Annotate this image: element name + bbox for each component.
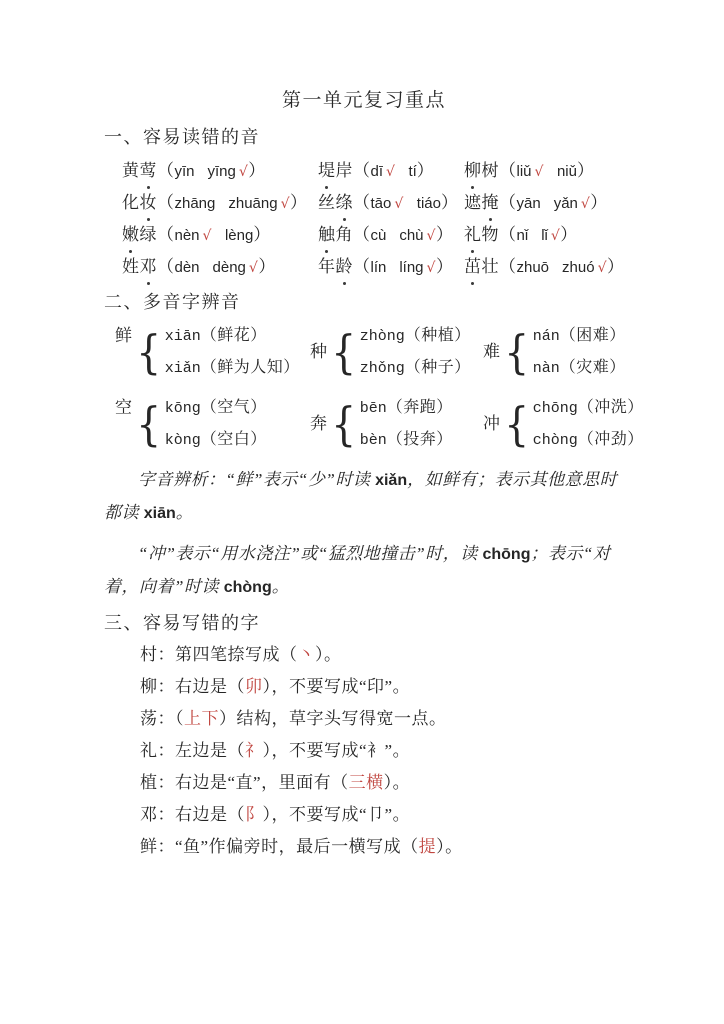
polyphone-readings: bēn（奔跑）bèn（投奔） — [360, 392, 453, 456]
note-pinyin: chōng — [482, 546, 530, 563]
brace-icon: { — [136, 329, 161, 375]
word-post: 绿 — [140, 225, 158, 244]
pinyin-option: dèng√ — [213, 257, 259, 276]
check-icon: √ — [249, 260, 258, 276]
pinyin-option: dī√ — [371, 161, 396, 180]
pinyin-text: lèng — [225, 227, 253, 244]
check-icon: √ — [551, 228, 560, 244]
paren-open: （ — [157, 193, 175, 212]
word-dotted-char: 邓 — [140, 251, 158, 283]
pinyin-option: liǔ√ — [517, 161, 544, 180]
pinyin-text: zhuó — [562, 259, 595, 276]
paren-close: ） — [417, 161, 435, 180]
note-paragraph-xian: 字音辨析：“鲜”表示“少”时读 xiǎn，如鲜有；表示其他意思时都读 xiān。 — [104, 464, 624, 530]
item-highlight: 礻 — [245, 741, 263, 760]
note-pinyin: xiān — [144, 505, 176, 522]
note-paragraph-chong: “冲”表示“用水浇注”或“猛烈地撞击”时，读 chōng；表示“对着，向着”时读… — [104, 538, 624, 604]
reading-line: bēn（奔跑） — [360, 392, 453, 424]
reading-line: zhǒng（种子） — [360, 352, 471, 384]
paren-close: ） — [577, 161, 595, 180]
item-text: 邓：右边是（ — [140, 805, 245, 824]
paren-close: ） — [607, 257, 625, 276]
miswritten-item: 鲜：“鱼”作偏旁时，最后一横写成（提）。 — [140, 831, 624, 863]
word-text: 嫩绿 — [122, 225, 157, 244]
polyphone-entry: 难{nán（困难）nàn（灾难） — [483, 320, 626, 384]
paren-close: ） — [248, 161, 266, 180]
reading-pinyin: xiān — [165, 328, 201, 345]
miswritten-item: 荡：（上下）结构，草字头写得宽一点。 — [140, 703, 624, 735]
paren-open: （ — [353, 193, 371, 212]
paren-close: ） — [441, 193, 459, 212]
word-pre: 遮 — [464, 193, 482, 212]
reading-gloss: （奔跑） — [387, 399, 453, 416]
paren-close: ） — [590, 193, 608, 212]
pinyin-option: chù√ — [399, 225, 436, 244]
word-entry: 年龄（línlíng√） — [318, 251, 464, 283]
note-pinyin: xiǎn — [375, 472, 407, 489]
word-text: 礼物 — [464, 225, 499, 244]
word-dotted-char: 绦 — [336, 187, 354, 219]
item-text: ）。 — [315, 645, 342, 664]
pinyin-option: cù — [371, 225, 387, 244]
polyphone-char: 鲜 — [115, 320, 133, 352]
word-text: 触角 — [318, 225, 353, 244]
word-text: 黄莺 — [122, 161, 157, 180]
reading-gloss: （种植） — [405, 327, 471, 344]
word-entry: 遮掩（yānyǎn√） — [464, 187, 624, 219]
paren-open: （ — [157, 225, 175, 244]
pinyin-option: lǐ√ — [541, 225, 560, 244]
section-heading-miswritten-chars: 三、容易写错的字 — [104, 612, 624, 635]
item-text: 柳：右边是（ — [140, 677, 245, 696]
note-pinyin: chòng — [224, 579, 272, 596]
word-pre: 化 — [122, 193, 140, 212]
pinyin-text: nǐ — [517, 227, 529, 244]
paren-open: （ — [353, 225, 371, 244]
word-entry: 化妆（zhāngzhuāng√） — [122, 187, 318, 219]
paren-open: （ — [157, 161, 175, 180]
brace-icon: { — [136, 401, 161, 447]
paren-close: ） — [258, 257, 276, 276]
check-icon: √ — [281, 196, 290, 212]
word-text: 遮掩 — [464, 193, 499, 212]
word-entry: 茁壮（zhuōzhuó√） — [464, 251, 624, 283]
polyphone-readings: kōng（空气）kòng（空白） — [165, 392, 267, 456]
reading-line: chòng（冲劲） — [533, 424, 644, 456]
item-text: 植：右边是“直”，里面有（ — [140, 773, 349, 792]
reading-gloss: （空白） — [201, 431, 267, 448]
word-dotted-char: 莺 — [140, 155, 158, 187]
pinyin-text: tāo — [371, 195, 392, 212]
pinyin-text: niǔ — [557, 163, 577, 180]
reading-pinyin: chòng — [533, 432, 578, 449]
check-icon: √ — [581, 196, 590, 212]
pinyin-text: líng — [399, 259, 423, 276]
pinyin-text: lǐ — [541, 227, 548, 244]
item-text: ），不要写成“卩”。 — [263, 805, 411, 824]
word-dotted-char: 妆 — [140, 187, 158, 219]
miswritten-item: 礼：左边是（礻），不要写成“衤”。 — [140, 735, 624, 767]
reading-pinyin: zhòng — [360, 328, 405, 345]
item-highlight: 上下 — [184, 709, 219, 728]
word-pre: 年 — [318, 257, 336, 276]
paren-open: （ — [353, 161, 371, 180]
note-text: 。 — [272, 577, 290, 596]
pinyin-text: cù — [371, 227, 387, 244]
polyphone-char: 冲 — [483, 408, 501, 440]
reading-pinyin: chōng — [533, 400, 578, 417]
check-icon: √ — [598, 260, 607, 276]
reading-gloss: （空气） — [201, 399, 267, 416]
pinyin-option: zhuāng√ — [228, 193, 290, 212]
pinyin-option: nèn√ — [175, 225, 212, 244]
miswritten-item: 村：第四笔捺写成（丶）。 — [140, 639, 624, 671]
word-dotted-char: 茁 — [464, 251, 482, 283]
miswritten-chars-list: 村：第四笔捺写成（丶）。 柳：右边是（卯），不要写成“印”。 荡：（上下）结构，… — [140, 639, 624, 863]
pinyin-option: yīng√ — [208, 161, 249, 180]
pinyin-option: yīn — [175, 161, 195, 180]
reading-pinyin: bèn — [360, 432, 387, 449]
check-icon: √ — [535, 164, 544, 180]
word-post: 树 — [482, 161, 500, 180]
word-dotted-char: 嫩 — [122, 219, 140, 251]
pinyin-text: yǎn — [554, 195, 578, 212]
pinyin-text: yīng — [208, 163, 236, 180]
reading-pinyin: bēn — [360, 400, 387, 417]
check-icon: √ — [203, 228, 212, 244]
paren-open: （ — [353, 257, 371, 276]
word-entry: 堤岸（dī√tí） — [318, 155, 464, 187]
polyphone-entry: 种{zhòng（种植）zhǒng（种子） — [310, 320, 483, 384]
pinyin-option: tiáo — [417, 193, 441, 212]
pinyin-text: dèn — [175, 259, 200, 276]
pinyin-option: dèn — [175, 257, 200, 276]
polyphone-char: 空 — [115, 392, 133, 424]
worksheet-page: 第一单元复习重点 一、容易读错的音 黄莺（yīnyīng√） 堤岸（dī√tí）… — [0, 0, 724, 1024]
reading-gloss: （灾难） — [560, 359, 626, 376]
word-post: 岸 — [336, 161, 354, 180]
item-highlight: 提 — [419, 837, 437, 856]
word-entry: 礼物（nǐlǐ√） — [464, 219, 624, 251]
check-icon: √ — [427, 228, 436, 244]
word-dotted-char: 柳 — [464, 155, 482, 187]
reading-gloss: （鲜为人知） — [201, 359, 300, 376]
item-text: 礼：左边是（ — [140, 741, 245, 760]
reading-gloss: （鲜花） — [201, 327, 267, 344]
pinyin-text: dī — [371, 163, 384, 180]
polyphone-entry: 空{kōng（空气）kòng（空白） — [115, 392, 310, 456]
pinyin-text: liǔ — [517, 163, 532, 180]
paren-close: ） — [436, 257, 454, 276]
polyphone-char: 种 — [310, 336, 328, 368]
note-text: 字音辨析：“鲜”表示“少”时读 — [138, 470, 375, 489]
polyphone-row: 鲜{xiān（鲜花）xiǎn（鲜为人知） 种{zhòng（种植）zhǒng（种子… — [115, 320, 624, 384]
reading-line: nàn（灾难） — [533, 352, 626, 384]
pinyin-text: lín — [371, 259, 387, 276]
pinyin-option: zhuō — [517, 257, 550, 276]
polyphone-readings: chōng（冲洗）chòng（冲劲） — [533, 392, 644, 456]
pinyin-text: dèng — [213, 259, 246, 276]
item-text: ）。 — [436, 837, 463, 856]
reading-pinyin: nàn — [533, 360, 560, 377]
word-text: 姓邓 — [122, 257, 157, 276]
reading-line: kōng（空气） — [165, 392, 267, 424]
reading-pinyin: kōng — [165, 400, 201, 417]
polyphone-char: 奔 — [310, 408, 328, 440]
check-icon: √ — [239, 164, 248, 180]
pinyin-option: zhāng — [175, 193, 216, 212]
paren-open: （ — [499, 193, 517, 212]
paren-close: ） — [290, 193, 308, 212]
word-post: 壮 — [482, 257, 500, 276]
miswritten-item: 植：右边是“直”，里面有（三横）。 — [140, 767, 624, 799]
pinyin-text: zhuāng — [228, 195, 277, 212]
pinyin-text: chù — [399, 227, 423, 244]
brace-icon: { — [331, 329, 356, 375]
word-dotted-char: 堤 — [318, 155, 336, 187]
note-text: “冲”表示“用水浇注”或“猛烈地撞击”时，读 — [138, 544, 482, 563]
word-pre: 丝 — [318, 193, 336, 212]
pinyin-option: yǎn√ — [554, 193, 591, 212]
word-dotted-char: 掩 — [482, 187, 500, 219]
pinyin-text: tí — [408, 163, 416, 180]
pinyin-text: nèn — [175, 227, 200, 244]
reading-line: chōng（冲洗） — [533, 392, 644, 424]
word-dotted-char: 龄 — [336, 251, 354, 283]
pinyin-option: zhuó√ — [562, 257, 607, 276]
item-highlight: 卯 — [245, 677, 263, 696]
check-icon: √ — [386, 164, 395, 180]
brace-icon: { — [331, 401, 356, 447]
word-pre: 姓 — [122, 257, 140, 276]
item-text: ）结构，草字头写得宽一点。 — [219, 709, 447, 728]
word-post: 角 — [336, 225, 354, 244]
word-text: 年龄 — [318, 257, 353, 276]
reading-pinyin: zhǒng — [360, 360, 405, 377]
polyphone-entry: 鲜{xiān（鲜花）xiǎn（鲜为人知） — [115, 320, 310, 384]
item-text: 荡：（ — [140, 709, 184, 728]
paren-open: （ — [499, 225, 517, 244]
brace-icon: { — [504, 401, 529, 447]
word-text: 柳树 — [464, 161, 499, 180]
item-highlight: 丶 — [298, 645, 316, 664]
item-text: ）。 — [384, 773, 411, 792]
reading-line: xiǎn（鲜为人知） — [165, 352, 300, 384]
word-entry: 黄莺（yīnyīng√） — [122, 155, 318, 187]
check-icon: √ — [394, 196, 403, 212]
paren-close: ） — [560, 225, 578, 244]
item-text: 鲜：“鱼”作偏旁时，最后一横写成（ — [140, 837, 419, 856]
reading-line: zhòng（种植） — [360, 320, 471, 352]
polyphone-row: 空{kōng（空气）kòng（空白） 奔{bēn（奔跑）bèn（投奔） 冲{ch… — [115, 392, 624, 456]
reading-gloss: （冲劲） — [578, 431, 644, 448]
word-text: 堤岸 — [318, 161, 353, 180]
reading-gloss: （种子） — [405, 359, 471, 376]
miswritten-item: 邓：右边是（阝），不要写成“卩”。 — [140, 799, 624, 831]
word-entry: 柳树（liǔ√niǔ） — [464, 155, 624, 187]
paren-close: ） — [436, 225, 454, 244]
pinyin-option: tāo√ — [371, 193, 404, 212]
pinyin-option: yān — [517, 193, 541, 212]
reading-pinyin: kòng — [165, 432, 201, 449]
item-text: ），不要写成“衤”。 — [263, 741, 411, 760]
item-text: 村：第四笔捺写成（ — [140, 645, 298, 664]
reading-gloss: （冲洗） — [578, 399, 644, 416]
paren-open: （ — [499, 161, 517, 180]
section-heading-polyphones: 二、多音字辨音 — [104, 291, 624, 314]
word-entry: 姓邓（dèndèng√） — [122, 251, 318, 283]
paren-close: ） — [253, 225, 271, 244]
word-text: 丝绦 — [318, 193, 353, 212]
reading-pinyin: xiǎn — [165, 360, 201, 377]
reading-line: kòng（空白） — [165, 424, 267, 456]
note-text: 。 — [176, 503, 194, 522]
word-pre: 黄 — [122, 161, 140, 180]
reading-pinyin: nán — [533, 328, 560, 345]
word-entry: 触角（cùchù√） — [318, 219, 464, 251]
reading-line: xiān（鲜花） — [165, 320, 300, 352]
polyphone-readings: zhòng（种植）zhǒng（种子） — [360, 320, 471, 384]
polyphone-readings: xiān（鲜花）xiǎn（鲜为人知） — [165, 320, 300, 384]
paren-open: （ — [499, 257, 517, 276]
word-text: 化妆 — [122, 193, 157, 212]
word-entry: 丝绦（tāo√tiáo） — [318, 187, 464, 219]
pinyin-option: niǔ — [557, 161, 577, 180]
reading-gloss: （投奔） — [387, 431, 453, 448]
word-dotted-char: 礼 — [464, 219, 482, 251]
pinyin-text: zhāng — [175, 195, 216, 212]
pinyin-text: zhuō — [517, 259, 550, 276]
pinyin-text: yīn — [175, 163, 195, 180]
polyphone-char: 难 — [483, 336, 501, 368]
word-text: 茁壮 — [464, 257, 499, 276]
pinyin-option: líng√ — [399, 257, 436, 276]
pinyin-option: nǐ — [517, 225, 529, 244]
reading-line: bèn（投奔） — [360, 424, 453, 456]
page-title: 第一单元复习重点 — [104, 88, 624, 114]
misread-words-table: 黄莺（yīnyīng√） 堤岸（dī√tí） 柳树（liǔ√niǔ） 化妆（zh… — [122, 155, 624, 283]
polyphone-entry: 奔{bēn（奔跑）bèn（投奔） — [310, 392, 483, 456]
pinyin-option: lín — [371, 257, 387, 276]
check-icon: √ — [427, 260, 436, 276]
word-dotted-char: 触 — [318, 219, 336, 251]
pinyin-text: tiáo — [417, 195, 441, 212]
item-text: ），不要写成“印”。 — [263, 677, 411, 696]
miswritten-item: 柳：右边是（卯），不要写成“印”。 — [140, 671, 624, 703]
item-highlight: 阝 — [245, 805, 263, 824]
brace-icon: { — [504, 329, 529, 375]
section-heading-misread-sounds: 一、容易读错的音 — [104, 126, 624, 149]
word-entry: 嫩绿（nèn√lèng） — [122, 219, 318, 251]
pinyin-option: tí — [408, 161, 416, 180]
reading-gloss: （困难） — [560, 327, 626, 344]
polyphone-entry: 冲{chōng（冲洗）chòng（冲劲） — [483, 392, 644, 456]
polyphone-readings: nán（困难）nàn（灾难） — [533, 320, 626, 384]
word-post: 物 — [482, 225, 500, 244]
pinyin-text: yān — [517, 195, 541, 212]
paren-open: （ — [157, 257, 175, 276]
item-highlight: 三横 — [349, 773, 384, 792]
pinyin-option: lèng — [225, 225, 253, 244]
reading-line: nán（困难） — [533, 320, 626, 352]
